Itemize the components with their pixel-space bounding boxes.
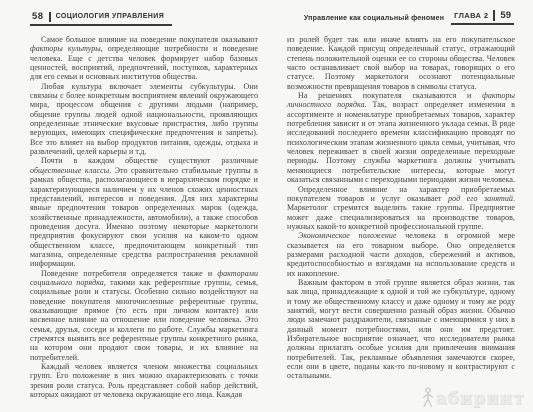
text-run: Каждый человек является членом множества… xyxy=(30,362,258,399)
paragraph: Любая культура включает элементы субкуль… xyxy=(30,82,258,157)
right-running-title: Управление как социальный феномен xyxy=(304,15,444,25)
left-running-title: СОЦИОЛОГИЯ УПРАВЛЕНИЯ xyxy=(56,13,165,20)
header-divider-bar xyxy=(493,10,495,21)
left-page-number: 58 xyxy=(32,11,44,22)
text-run: Поведение потребителя определяется также… xyxy=(41,269,217,278)
labirint-watermark-text: абиринт xyxy=(436,391,525,408)
paragraph: Определенное влияние на характер приобре… xyxy=(287,185,515,232)
left-page-text: Самое большое влияние на поведение покуп… xyxy=(30,35,258,399)
chapter-page-group: ГЛАВА 2 59 xyxy=(451,10,514,25)
text-run: Важным фактором в этой группе является о… xyxy=(287,278,515,380)
right-page-number: 59 xyxy=(500,10,511,21)
text-run: Любая культура включает элементы субкуль… xyxy=(30,82,258,156)
left-page-header: 58 СОЦИОЛОГИЯ УПРАВЛЕНИЯ xyxy=(30,11,172,26)
right-page-text: из ролей будет так или иначе влиять на е… xyxy=(287,35,515,381)
italic-term: факторы культуры xyxy=(30,44,101,53)
paragraph: Почти в каждом обществе существуют разли… xyxy=(30,156,258,268)
text-run: Самое большое влияние на поведение покуп… xyxy=(41,35,258,44)
chapter-label: ГЛАВА 2 xyxy=(454,11,488,20)
paragraph: из ролей будет так или иначе влиять на е… xyxy=(287,35,515,91)
paragraph: Важным фактором в этой группе является о… xyxy=(287,278,515,381)
italic-term: род его занятий xyxy=(448,194,513,203)
text-run: . Так, возраст определяет изменения в ас… xyxy=(287,100,515,184)
labirint-figure-icon xyxy=(420,387,435,408)
text-run: Почти в каждом обществе существуют разли… xyxy=(41,156,258,165)
header-divider-bar xyxy=(49,12,51,22)
paragraph: Каждый человек является членом множества… xyxy=(30,362,258,399)
paragraph: Поведение потребителя определяется также… xyxy=(30,269,258,362)
labirint-watermark: абиринт xyxy=(420,387,525,408)
right-page-header: Управление как социальный феномен ГЛАВА … xyxy=(304,10,514,25)
paragraph: На решениях покупателя сказываются и фак… xyxy=(287,91,515,184)
italic-term: Экономическое положение xyxy=(298,231,397,240)
paragraph: Самое большое влияние на поведение покуп… xyxy=(30,35,258,82)
book-spread: 58 СОЦИОЛОГИЯ УПРАВЛЕНИЯ Самое большое в… xyxy=(0,0,533,412)
text-run: , такими как референтные группы, семья, … xyxy=(30,278,258,362)
text-run: . Это сравнительно стабильные группы в р… xyxy=(30,166,258,268)
text-run: из ролей будет так или иначе влиять на е… xyxy=(287,35,515,91)
text-run: На решениях покупателя сказываются и xyxy=(298,91,482,100)
paragraph: Экономическое положение человека в огром… xyxy=(287,231,515,278)
italic-term: общественные классы xyxy=(30,166,109,175)
